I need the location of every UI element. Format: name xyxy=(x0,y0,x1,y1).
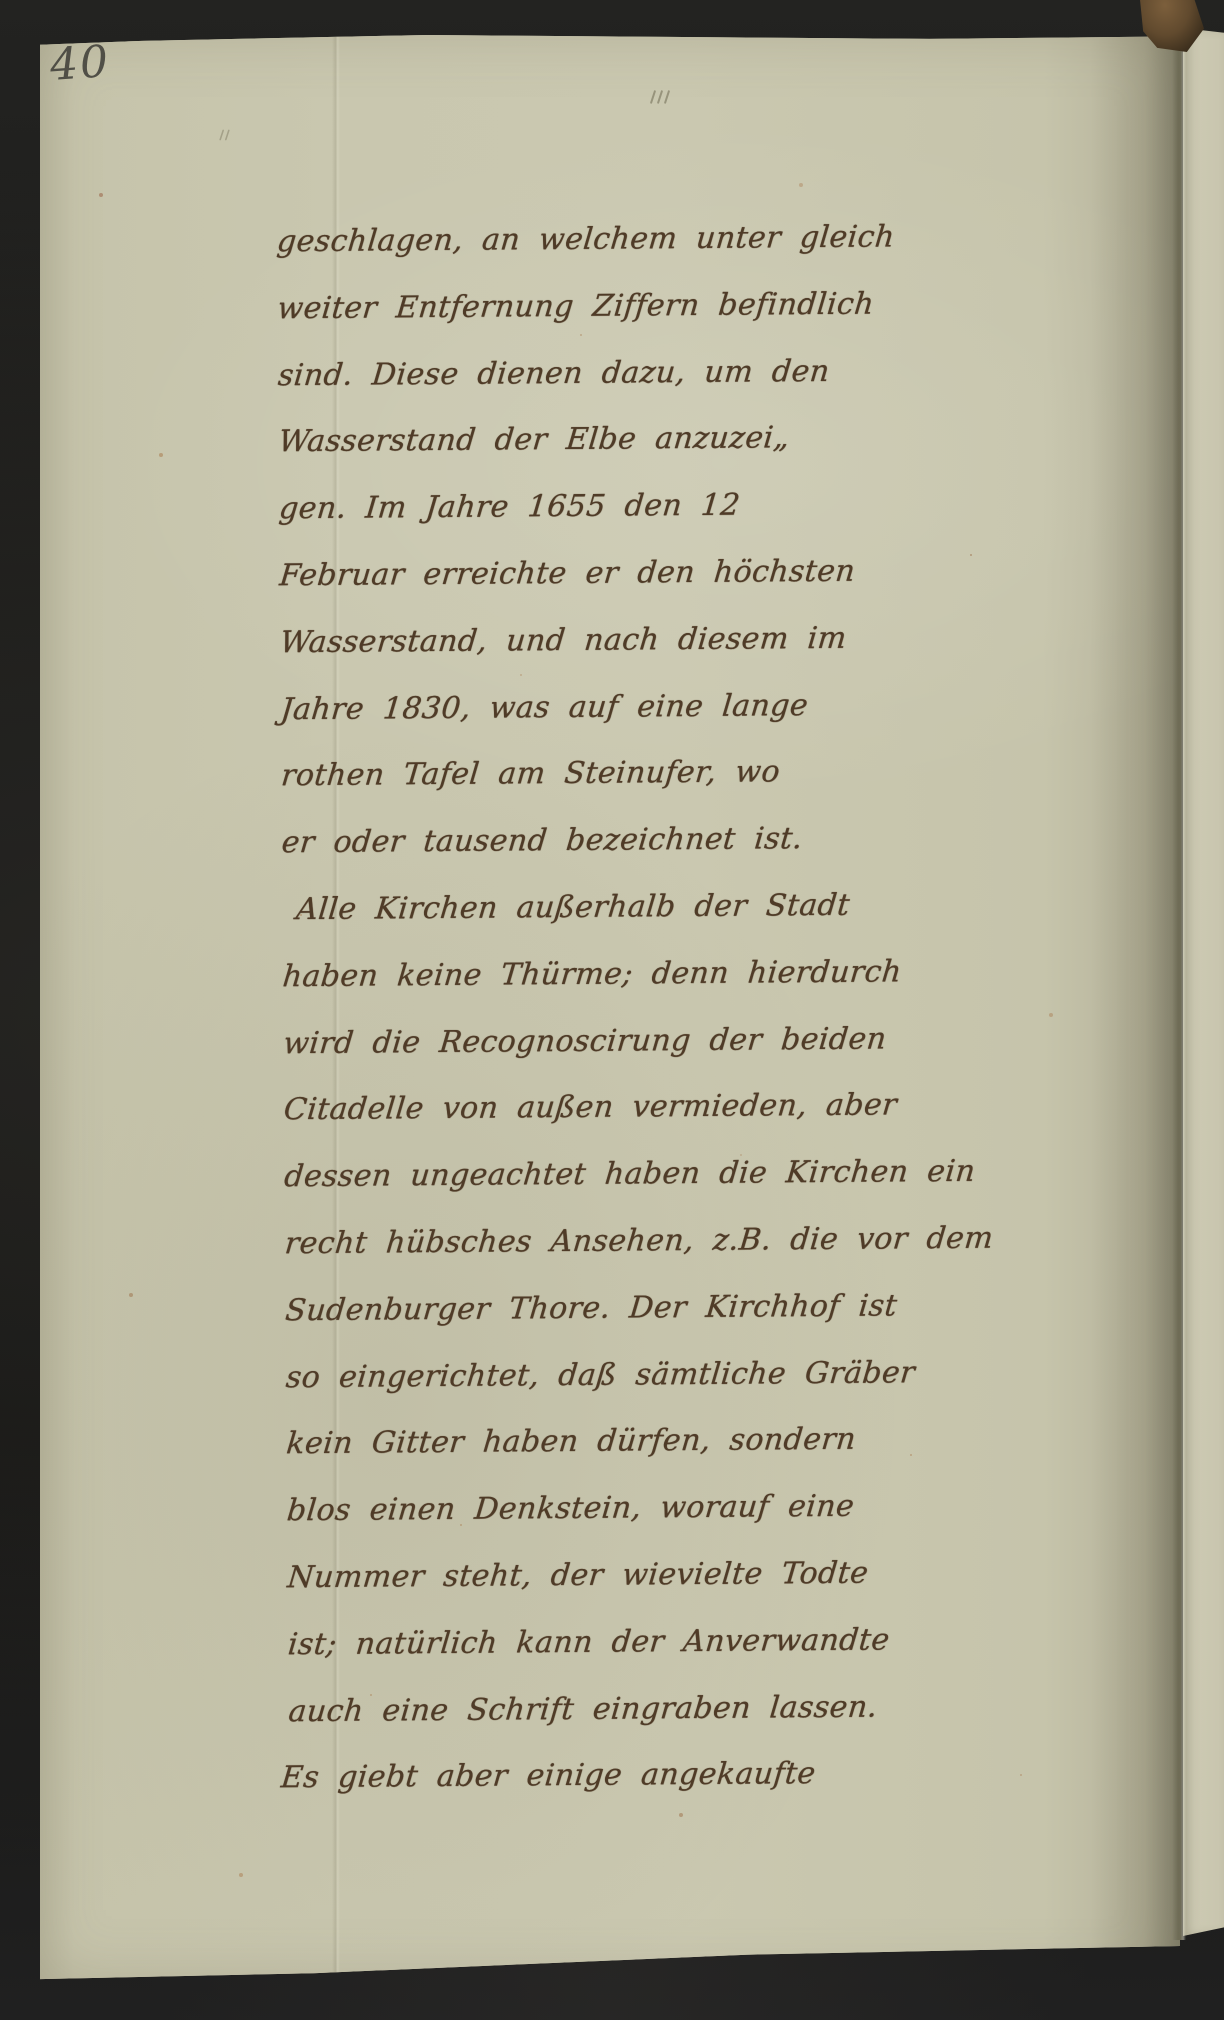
manuscript-line: weiter Entfernung Ziffern befindlich xyxy=(274,270,1104,343)
pencil-tally-mark xyxy=(652,90,668,104)
page-crease xyxy=(1172,28,1186,1940)
manuscript-line: Wasserstand, und nach diesem im xyxy=(277,604,1107,677)
manuscript-line: rothen Tafel am Steinufer, wo xyxy=(278,737,1108,810)
folio-number: 40 xyxy=(48,36,111,91)
manuscript-line: Nummer steht, der wievielte Todte xyxy=(284,1539,1114,1612)
manuscript-line: haben keine Thürme; denn hierdurch xyxy=(280,938,1110,1011)
scanned-manuscript-photo: { "folio": { "number": "40" }, "manuscri… xyxy=(0,0,1224,2020)
manuscript-line: Sudenburger Thore. Der Kirchhof ist xyxy=(282,1271,1112,1344)
paper-speckles xyxy=(40,34,42,36)
manuscript-line: Jahre 1830, was auf eine lange xyxy=(277,670,1107,743)
manuscript-line: kein Gitter haben dürfen, sondern xyxy=(283,1405,1113,1478)
pencil-tally-mark xyxy=(221,129,228,140)
manuscript-line: blos einen Denkstein, worauf eine xyxy=(284,1472,1114,1545)
manuscript-line: dessen ungeachtet haben die Kirchen ein xyxy=(281,1138,1111,1211)
manuscript-line: er oder tausend bezeichnet ist. xyxy=(278,804,1108,877)
manuscript-line: geschlagen, an welchem unter gleich xyxy=(274,203,1104,276)
manuscript-line: Alle Kirchen außerhalb der Stadt xyxy=(279,871,1109,944)
manuscript-line: Wasserstand der Elbe anzuzei„ xyxy=(275,403,1105,476)
manuscript-line: wird die Recognoscirung der beiden xyxy=(280,1004,1110,1077)
manuscript-line: recht hübsches Ansehen, z.B. die vor dem xyxy=(282,1205,1112,1278)
manuscript-line: gen. Im Jahre 1655 den 12 xyxy=(276,470,1106,543)
manuscript-line: auch eine Schrift eingraben lassen. xyxy=(285,1672,1115,1745)
manuscript-line: so eingerichtet, daß sämtliche Gräber xyxy=(283,1338,1113,1411)
manuscript-line: sind. Diese dienen dazu, um den xyxy=(275,336,1105,409)
manuscript-line: Februar erreichte er den höchsten xyxy=(276,537,1106,610)
manuscript-line: ist; natürlich kann der Anverwandte xyxy=(285,1605,1115,1678)
manuscript-line: Es giebt aber einige angekaufte xyxy=(278,1739,1116,1812)
manuscript-text-block: geschlagen, an welchem unter gleichweite… xyxy=(277,203,1114,1813)
manuscript-line: Citadelle von außen vermieden, aber xyxy=(281,1071,1111,1144)
adjacent-page-edge xyxy=(1183,28,1224,1936)
